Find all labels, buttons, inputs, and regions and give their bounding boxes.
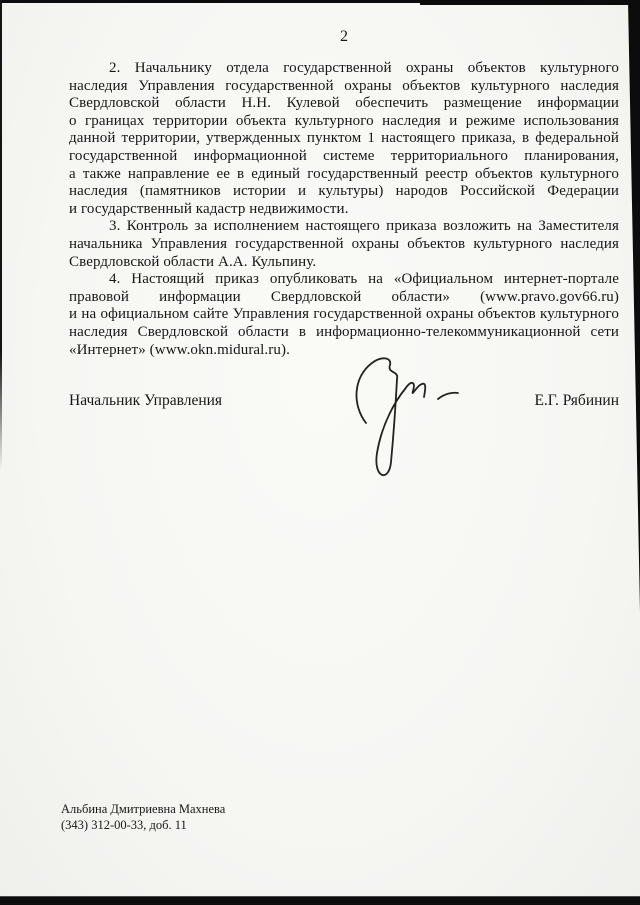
paragraph-3: 3. Контроль за исполнением настоящего пр… bbox=[69, 218, 619, 271]
paragraph-4: 4. Настоящий приказ опубликовать на «Офи… bbox=[69, 271, 619, 359]
handwritten-signature-icon bbox=[340, 350, 470, 492]
scan-edge-left bbox=[0, 0, 2, 470]
text-line: правовой информации Свердловской области… bbox=[69, 289, 619, 307]
paragraph-2: 2. Начальнику отдела государственной охр… bbox=[69, 60, 619, 218]
text-line: и на официальном сайте Управления госуда… bbox=[69, 306, 619, 324]
executor-phone: (343) 312-00-33, доб. 11 bbox=[61, 817, 225, 833]
text-line: Свердловской области Н.Н. Кулевой обеспе… bbox=[69, 95, 619, 113]
text-line: начальника Управления государственной ох… bbox=[69, 236, 619, 254]
scan-edge-right bbox=[628, 0, 640, 612]
text-line: о границах территории объекта культурног… bbox=[69, 113, 619, 131]
executor-contact: Альбина Дмитриевна Махнева (343) 312-00-… bbox=[61, 801, 225, 833]
text-line: данной территории, утвержденных пунктом … bbox=[69, 130, 619, 148]
signer-name: Е.Г. Рябинин bbox=[534, 392, 619, 410]
text-line: и государственный кадастр недвижимости. bbox=[69, 201, 619, 219]
document-body: 2. Начальнику отдела государственной охр… bbox=[69, 60, 619, 359]
text-line: а также направление ее в единый государс… bbox=[69, 166, 619, 184]
text-line: 2. Начальнику отдела государственной охр… bbox=[69, 60, 619, 78]
text-line: государственной информационной системе т… bbox=[69, 148, 619, 166]
text-line: наследия Свердловской области в информац… bbox=[69, 324, 619, 342]
signer-position-label: Начальник Управления bbox=[69, 392, 222, 410]
text-line: наследия Управления государственной охра… bbox=[69, 78, 619, 96]
executor-name: Альбина Дмитриевна Махнева bbox=[61, 801, 225, 817]
page-number: 2 bbox=[69, 28, 619, 46]
text-line: Свердловской области А.А. Кульпину. bbox=[69, 254, 619, 272]
text-line: наследия (памятников истории и культуры)… bbox=[69, 183, 619, 201]
text-line: 4. Настоящий приказ опубликовать на «Офи… bbox=[69, 271, 619, 289]
scan-edge-top-right bbox=[420, 0, 640, 5]
text-line: 3. Контроль за исполнением настоящего пр… bbox=[69, 218, 619, 236]
scan-edge-bottom bbox=[0, 896, 640, 905]
